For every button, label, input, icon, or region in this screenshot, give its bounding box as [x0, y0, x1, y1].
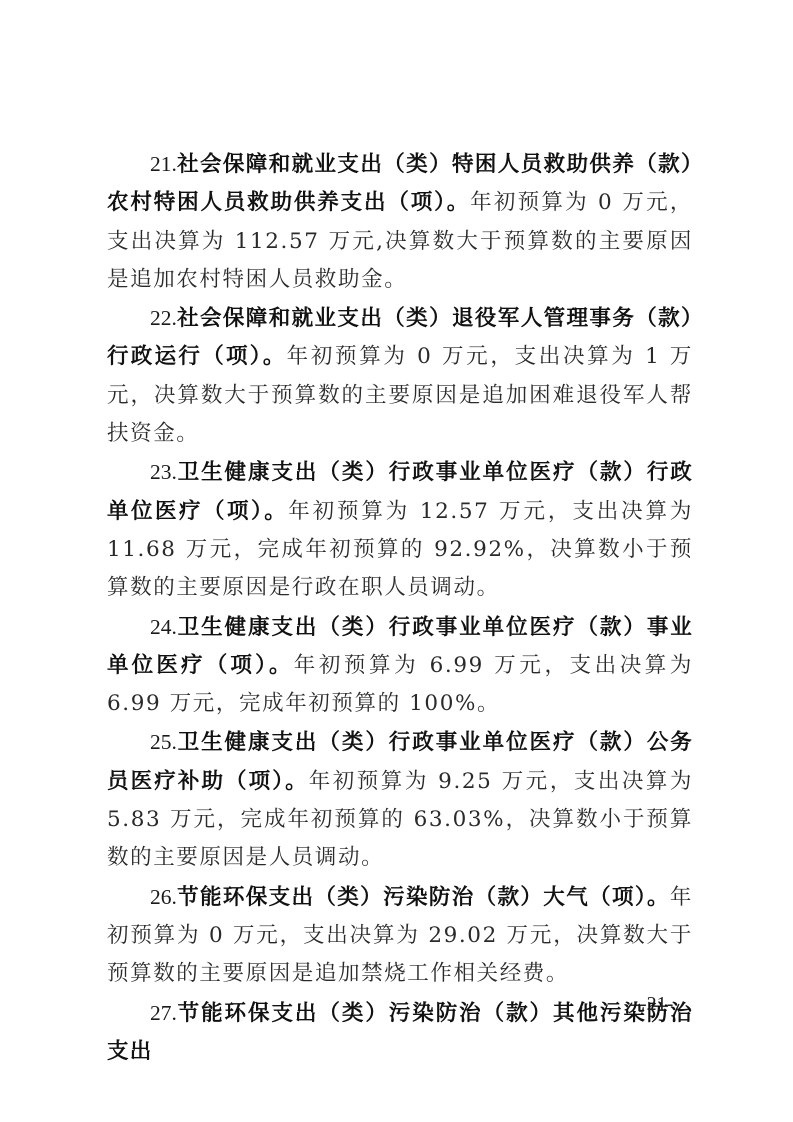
paragraph-22: 22.社会保障和就业支出（类）退役军人管理事务（款）行政运行（项）。年初预算为 … [107, 299, 693, 453]
paragraph-27: 27.节能环保支出（类）污染防治（款）其他污染防治支出 [107, 994, 693, 1072]
paragraph-26: 26.节能环保支出（类）污染防治（款）大气（项）。年初预算为 0 万元，支出决算… [107, 878, 693, 994]
paragraph-25: 25.卫生健康支出（类）行政事业单位医疗（款）公务员医疗补助（项）。年初预算为 … [107, 723, 693, 877]
item-number: 22. [150, 306, 177, 330]
page-number: -21- [640, 993, 673, 1016]
item-heading: 节能环保支出（类）污染防治（款）大气（项）。 [177, 885, 670, 910]
item-number: 26. [150, 885, 177, 909]
item-number: 21. [150, 152, 177, 176]
item-number: 24. [150, 615, 177, 639]
paragraph-21: 21.社会保障和就业支出（类）特困人员救助供养（款）农村特困人员救助供养支出（项… [107, 145, 693, 299]
item-number: 27. [150, 1001, 177, 1025]
paragraph-24: 24.卫生健康支出（类）行政事业单位医疗（款）事业单位医疗（项）。年初预算为 6… [107, 608, 693, 724]
document-page: 21.社会保障和就业支出（类）特困人员救助供养（款）农村特困人员救助供养支出（项… [107, 145, 693, 1071]
paragraph-23: 23.卫生健康支出（类）行政事业单位医疗（款）行政单位医疗（项）。年初预算为 1… [107, 453, 693, 607]
item-number: 25. [150, 730, 177, 754]
item-heading: 节能环保支出（类）污染防治（款）其他污染防治支出 [107, 1001, 693, 1064]
item-number: 23. [150, 460, 177, 484]
